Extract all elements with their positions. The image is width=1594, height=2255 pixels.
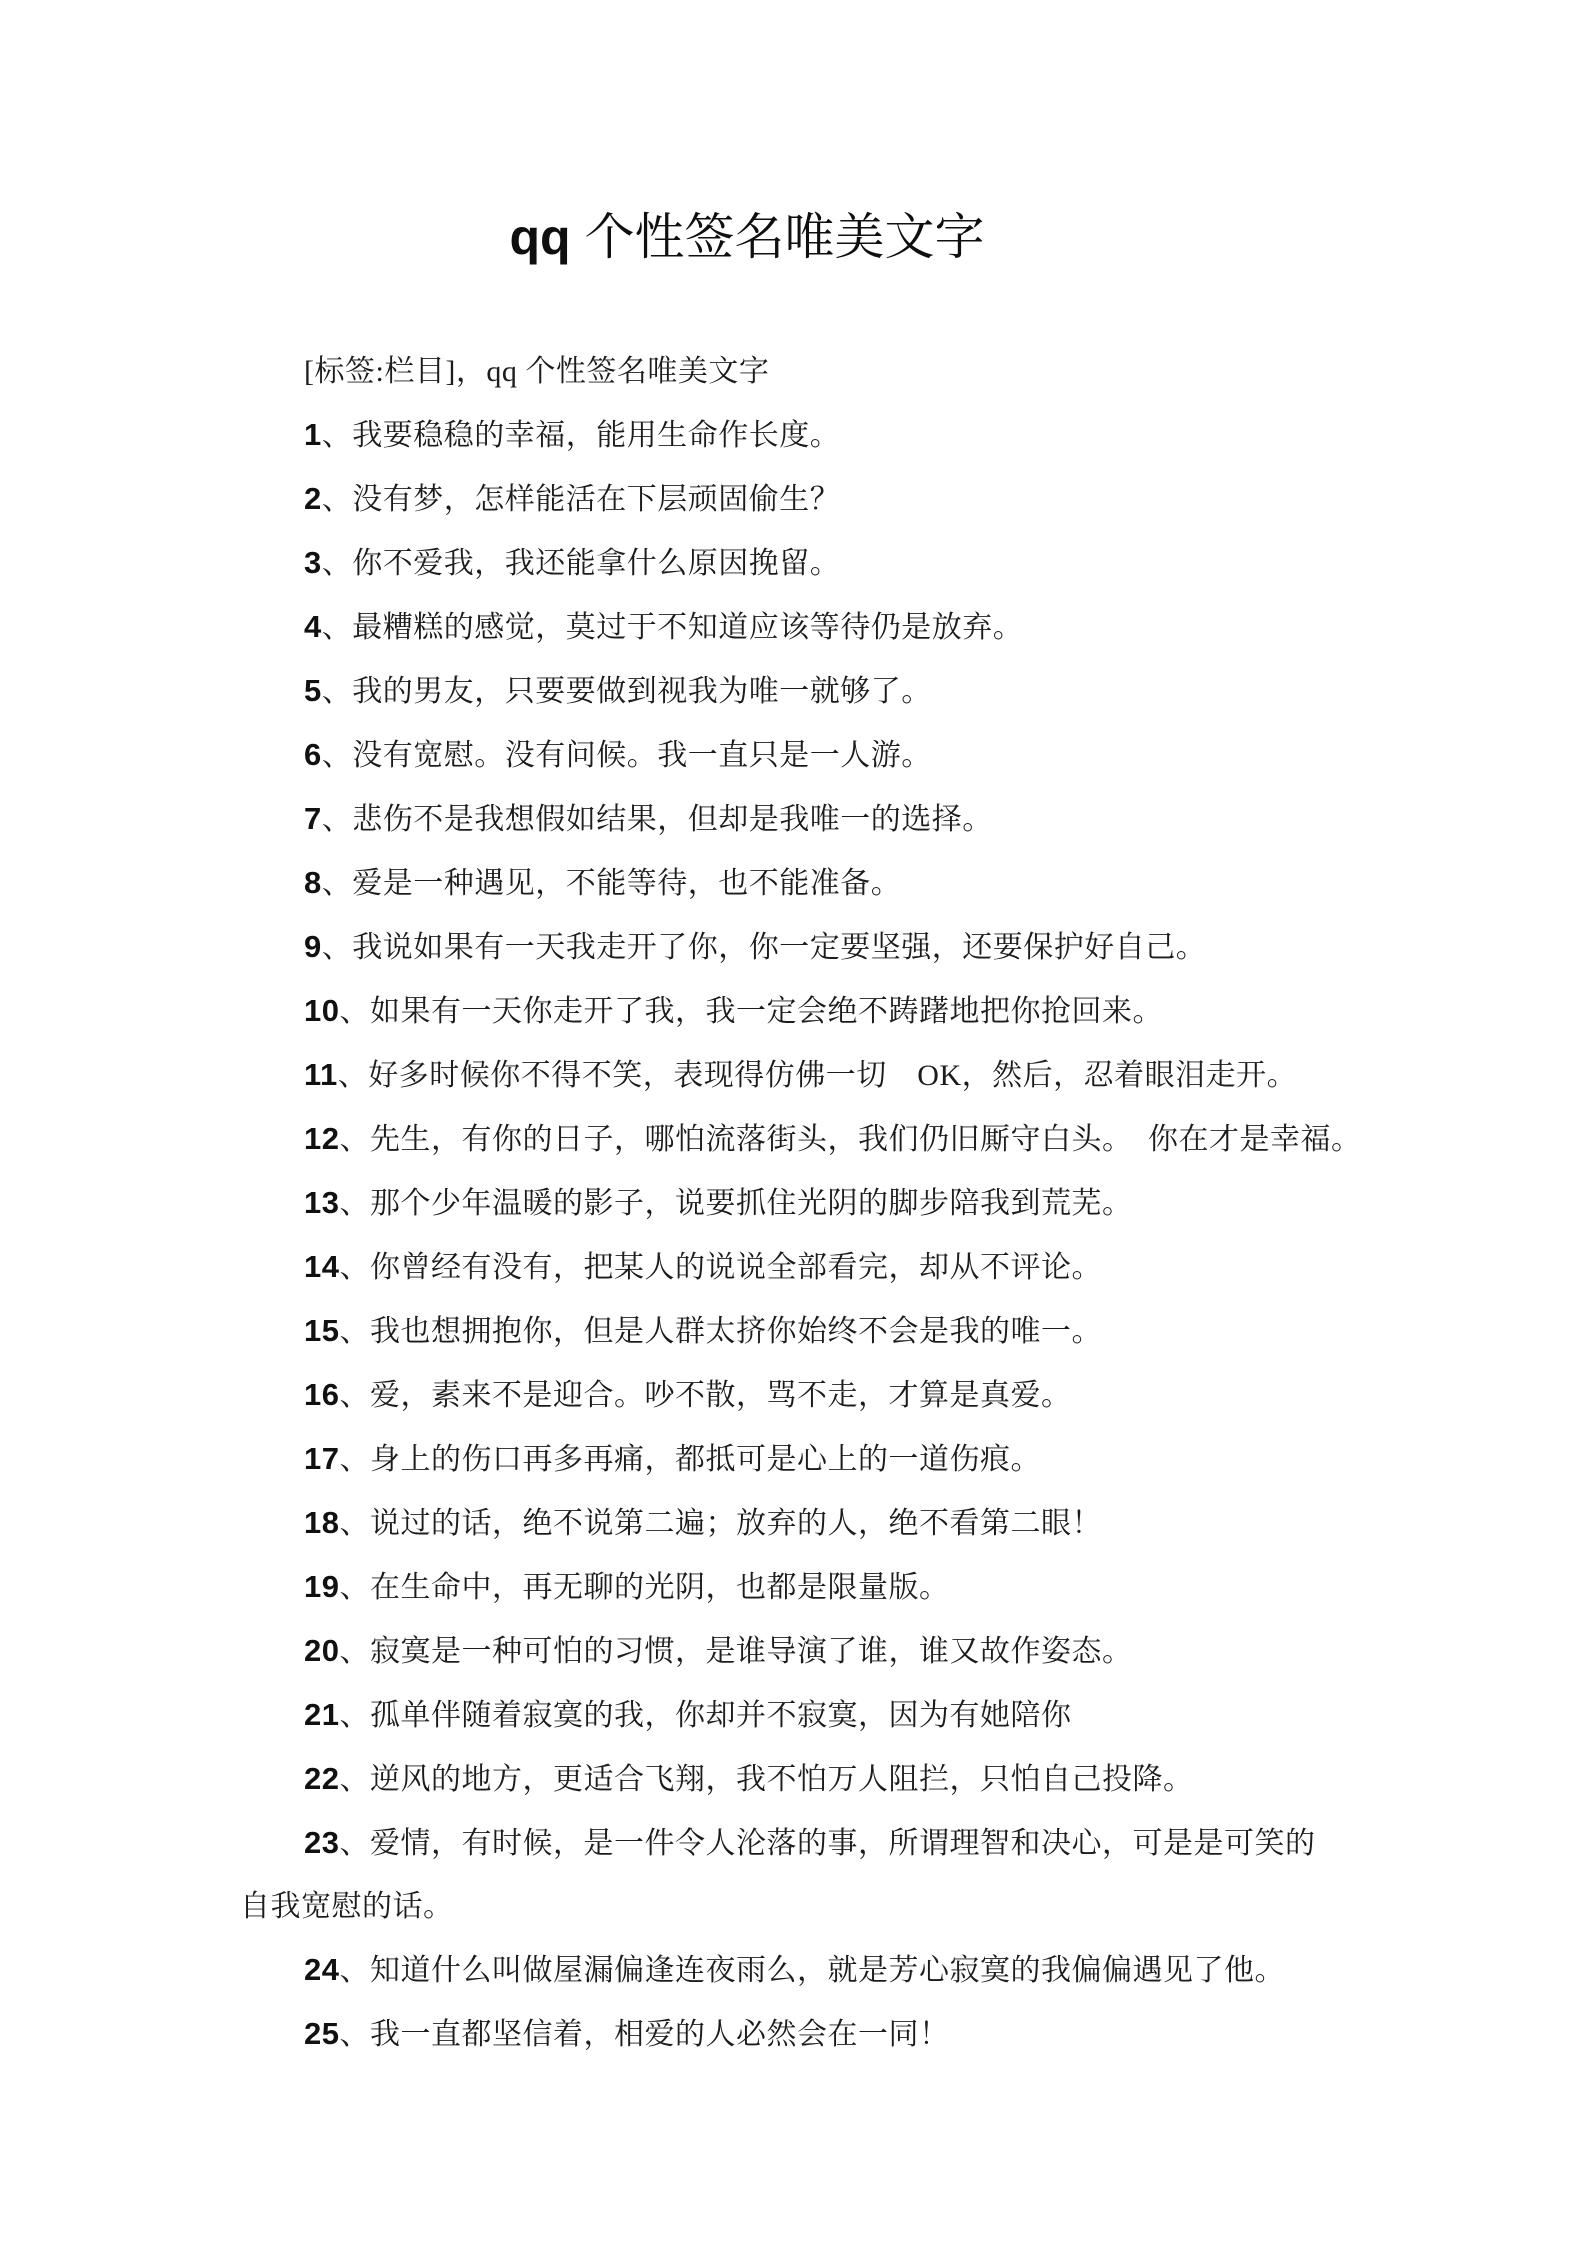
list-item: 19、在生命中，再无聊的光阴，也都是限量版。 [240,1555,1394,1619]
list-item: 18、说过的话，绝不说第二遍；放弃的人，绝不看第二眼！ [240,1491,1394,1555]
item-separator: 、 [339,1251,370,1284]
item-number: 21 [304,1697,339,1732]
item-number: 16 [304,1377,339,1412]
item-text: 我说如果有一天我走开了你，你一定要坚强，还要保护好自己。 [352,931,1206,964]
list-item: 6、没有宽慰。没有问候。我一直只是一人游。 [240,723,1394,787]
list-item: 16、爱，素来不是迎合。吵不散，骂不走，才算是真爱。 [240,1363,1394,1427]
item-separator: 、 [322,675,353,708]
item-separator: 、 [322,483,353,516]
item-separator: 、 [339,2018,370,2051]
item-separator: 、 [322,419,353,452]
item-number: 11 [304,1057,338,1092]
item-text: 最糟糕的感觉，莫过于不知道应该等待仍是放弃。 [352,611,1023,644]
item-separator: 、 [339,1123,370,1156]
list-item: 11、好多时候你不得不笑，表现得仿佛一切 OK，然后，忍着眼泪走开。 [240,1043,1394,1107]
item-separator: 、 [322,611,353,644]
item-text: 没有宽慰。没有问候。我一直只是一人游。 [352,739,932,772]
item-separator: 、 [339,1954,370,1987]
item-number: 18 [304,1505,339,1540]
item-separator: 、 [338,1059,369,1092]
item-text: 我也想拥抱你，但是人群太挤你始终不会是我的唯一。 [370,1315,1102,1348]
item-separator: 、 [322,547,353,580]
item-text: 我要稳稳的幸福，能用生命作长度。 [352,419,840,452]
item-separator: 、 [339,1379,370,1412]
item-number: 13 [304,1185,339,1220]
item-text: 在生命中，再无聊的光阴，也都是限量版。 [370,1571,950,1604]
item-number: 4 [304,609,322,644]
item-number: 1 [304,417,322,452]
list-item: 12、先生，有你的日子，哪怕流落街头，我们仍旧厮守白头。 你在才是幸福。 [240,1107,1394,1171]
item-number: 12 [304,1121,339,1156]
item-number: 7 [304,801,322,836]
list-item: 20、寂寞是一种可怕的习惯，是谁导演了谁，谁又故作姿态。 [240,1619,1394,1683]
list-item-continuation: 自我宽慰的话。 [240,1875,1394,1938]
item-separator: 、 [339,1763,370,1796]
item-separator: 、 [339,1507,370,1540]
item-separator: 、 [322,739,353,772]
item-separator: 、 [322,867,353,900]
item-text: 我一直都坚信着，相爱的人必然会在一同！ [370,2018,950,2051]
item-text: 先生，有你的日子，哪怕流落街头，我们仍旧厮守白头。 你在才是幸福。 [370,1123,1362,1156]
item-text: 没有梦，怎样能活在下层顽固偷生？ [352,483,840,516]
item-number: 25 [304,2016,339,2051]
list-item: 8、爱是一种遇见，不能等待，也不能准备。 [240,851,1394,915]
item-text: 如果有一天你走开了我，我一定会绝不踌躇地把你抢回来。 [370,995,1163,1028]
list-item: 10、如果有一天你走开了我，我一定会绝不踌躇地把你抢回来。 [240,979,1394,1043]
item-number: 19 [304,1569,339,1604]
item-text: 爱，素来不是迎合。吵不散，骂不走，才算是真爱。 [370,1379,1072,1412]
item-number: 3 [304,545,322,580]
item-separator: 、 [339,1187,370,1220]
item-number: 14 [304,1249,339,1284]
item-text: 那个少年温暖的影子，说要抓住光阴的脚步陪我到荒芜。 [370,1187,1133,1220]
item-number: 22 [304,1761,339,1796]
document-body: [标签:栏目]，qq 个性签名唯美文字 1、我要稳稳的幸福，能用生命作长度。 2… [0,340,1594,2066]
list-item: 7、悲伤不是我想假如结果，但却是我唯一的选择。 [240,787,1394,851]
item-separator: 、 [339,1699,370,1732]
item-text: 爱是一种遇见，不能等待，也不能准备。 [352,867,901,900]
item-text: 身上的伤口再多再痛，都抵可是心上的一道伤痕。 [370,1443,1041,1476]
item-number: 10 [304,993,339,1028]
item-text: 寂寞是一种可怕的习惯，是谁导演了谁，谁又故作姿态。 [370,1635,1133,1668]
item-number: 20 [304,1633,339,1668]
list-item: 25、我一直都坚信着，相爱的人必然会在一同！ [240,2002,1394,2066]
meta-line: [标签:栏目]，qq 个性签名唯美文字 [240,340,1394,403]
item-separator: 、 [339,1635,370,1668]
title-latin: qq [509,209,570,265]
item-text: 逆风的地方，更适合飞翔，我不怕万人阻拦，只怕自己投降。 [370,1763,1194,1796]
list-item: 21、孤单伴随着寂寞的我，你却并不寂寞，因为有她陪你 [240,1683,1394,1747]
list-item: 14、你曾经有没有，把某人的说说全部看完，却从不评论。 [240,1235,1394,1299]
item-number: 17 [304,1441,339,1476]
item-number: 6 [304,737,322,772]
list-item: 4、最糟糕的感觉，莫过于不知道应该等待仍是放弃。 [240,595,1394,659]
page-title: qq个性签名唯美文字 [0,206,1594,268]
item-text: 孤单伴随着寂寞的我，你却并不寂寞，因为有她陪你 [370,1699,1072,1732]
list-item: 3、你不爱我，我还能拿什么原因挽留。 [240,531,1394,595]
list-item: 24、知道什么叫做屋漏偏逢连夜雨么，就是芳心寂寞的我偏偏遇见了他。 [240,1938,1394,2002]
item-number: 9 [304,929,322,964]
title-cjk: 个性签名唯美文字 [585,209,985,265]
list-item: 13、那个少年温暖的影子，说要抓住光阴的脚步陪我到荒芜。 [240,1171,1394,1235]
item-text: 知道什么叫做屋漏偏逢连夜雨么，就是芳心寂寞的我偏偏遇见了他。 [370,1954,1285,1987]
item-text: 说过的话，绝不说第二遍；放弃的人，绝不看第二眼！ [370,1507,1102,1540]
list-item: 2、没有梦，怎样能活在下层顽固偷生？ [240,467,1394,531]
item-separator: 、 [339,1315,370,1348]
list-item: 17、身上的伤口再多再痛，都抵可是心上的一道伤痕。 [240,1427,1394,1491]
item-number: 5 [304,673,322,708]
item-text: 你曾经有没有，把某人的说说全部看完，却从不评论。 [370,1251,1102,1284]
item-number: 2 [304,481,322,516]
item-number: 23 [304,1825,339,1860]
item-text: 我的男友，只要要做到视我为唯一就够了。 [352,675,932,708]
list-item: 23、爱情，有时候，是一件令人沦落的事，所谓理智和决心，可是是可笑的 [240,1811,1394,1875]
item-text: 悲伤不是我想假如结果，但却是我唯一的选择。 [352,803,993,836]
list-item: 5、我的男友，只要要做到视我为唯一就够了。 [240,659,1394,723]
item-separator: 、 [339,1827,370,1860]
item-number: 8 [304,865,322,900]
item-text: 你不爱我，我还能拿什么原因挽留。 [352,547,840,580]
document-page: qq个性签名唯美文字 [标签:栏目]，qq 个性签名唯美文字 1、我要稳稳的幸福… [0,0,1594,2255]
item-number: 24 [304,1952,339,1987]
item-separator: 、 [339,1571,370,1604]
item-separator: 、 [339,995,370,1028]
item-text: 爱情，有时候，是一件令人沦落的事，所谓理智和决心，可是是可笑的 [370,1827,1316,1860]
item-text: 好多时候你不得不笑，表现得仿佛一切 OK，然后，忍着眼泪走开。 [368,1059,1297,1092]
item-separator: 、 [339,1443,370,1476]
item-separator: 、 [322,803,353,836]
list-item: 1、我要稳稳的幸福，能用生命作长度。 [240,403,1394,467]
item-number: 15 [304,1313,339,1348]
list-item: 15、我也想拥抱你，但是人群太挤你始终不会是我的唯一。 [240,1299,1394,1363]
item-separator: 、 [322,931,353,964]
list-item: 9、我说如果有一天我走开了你，你一定要坚强，还要保护好自己。 [240,915,1394,979]
list-item: 22、逆风的地方，更适合飞翔，我不怕万人阻拦，只怕自己投降。 [240,1747,1394,1811]
